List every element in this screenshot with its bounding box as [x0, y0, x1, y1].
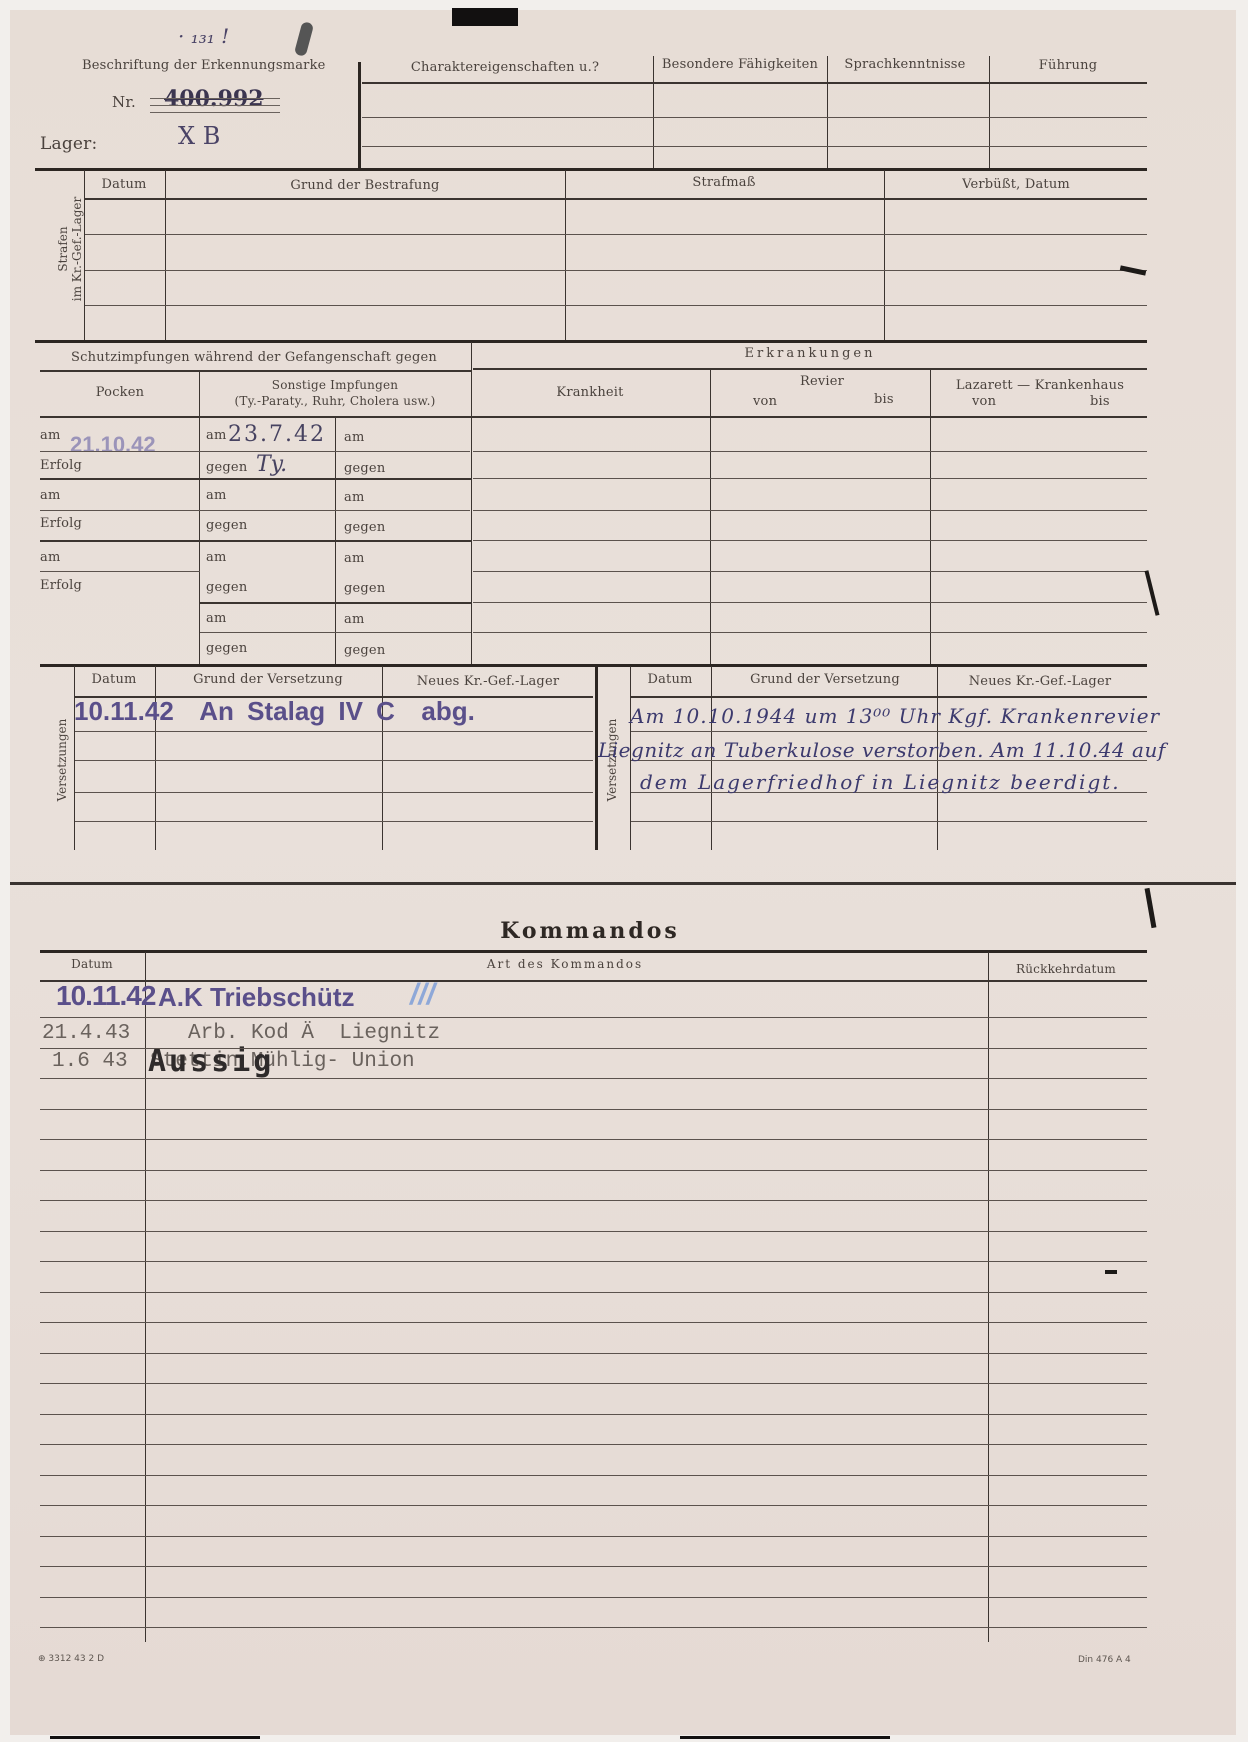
revier-von-label: von: [753, 394, 777, 409]
lazarett-bis-label: bis: [1090, 394, 1110, 409]
kommandos-row-line: [40, 1536, 1147, 1537]
kommandos-col-rueckkehr: Rückkehrdatum: [1016, 962, 1116, 976]
sonstige-am-2: am: [206, 488, 226, 503]
pocken-erfolg-1: Erfolg: [40, 458, 82, 473]
kommandos-row-line: [40, 1322, 1147, 1323]
kommandos-row-line: [40, 1231, 1147, 1232]
sonstige-am-1: am: [206, 428, 226, 443]
kommandos-row-line: [40, 1292, 1147, 1293]
sonstige-gegen-4: gegen: [206, 641, 247, 656]
kommandos-row-line: [40, 1353, 1147, 1354]
pocken-am-2: am: [40, 488, 60, 503]
lager-label: Lager:: [40, 134, 97, 154]
kommandos-row-line: [40, 1048, 1147, 1049]
sonstige-gegen-1: gegen: [206, 460, 247, 475]
col-fuehrung: Führung: [1039, 58, 1097, 73]
kommandos-col-datum: Datum: [71, 957, 113, 971]
lazarett-von-label: von: [972, 394, 996, 409]
versetzung-stamp: 10.11.42 An Stalag IV C abg.: [74, 696, 475, 727]
kommando-2-datum: 21.4.43: [42, 1022, 130, 1045]
kommando-2-art: Arb. Kod Ä Liegnitz: [188, 1022, 440, 1045]
impfungen-title: Schutzimpfungen während der Gefangenscha…: [71, 350, 437, 365]
kommando-1-mark: ///: [410, 978, 435, 1012]
sonstige-am2-3: am: [344, 551, 364, 566]
strafen-side-label: Strafen im Kr.-Gef.-Lager: [56, 189, 84, 309]
death-note-line-1: Am 10.10.1944 um 13⁰⁰ Uhr Kgf. Krankenre…: [630, 704, 1160, 728]
sonstige-gegen2-3: gegen: [344, 581, 385, 596]
kommandos-row-line: [40, 1017, 1147, 1018]
pocken-date-stamp: 21.10.42: [70, 432, 156, 458]
krankheit-label: Krankheit: [556, 385, 623, 400]
footer-print-code: ⊕ 3312 43 2 D: [38, 1654, 104, 1664]
kommandos-row-line: [40, 1597, 1147, 1598]
kommando-3-datum: 1.6 43: [52, 1050, 128, 1073]
sonstige-am-3: am: [206, 550, 226, 565]
document-page: [10, 10, 1236, 1735]
sonstige-gegen2-4: gegen: [344, 643, 385, 658]
kommandos-row-line: [40, 1383, 1147, 1384]
kommando-3-overstamp: Aussig: [148, 1044, 274, 1079]
revier-label: Revier: [800, 374, 844, 389]
vers-right-col-neues: Neues Kr.-Gef.-Lager: [969, 674, 1112, 689]
sonstige-gegen-2: gegen: [206, 518, 247, 533]
kommandos-row-line: [40, 1444, 1147, 1445]
sonstige-label-2: (Ty.-Paraty., Ruhr, Cholera usw.): [235, 394, 436, 408]
kommandos-row-line: [40, 1139, 1147, 1140]
versetzungen-left-side-label: Versetzungen: [55, 710, 69, 810]
pocken-am-1: am: [40, 428, 60, 443]
pocken-am-3: am: [40, 550, 60, 565]
sonstige-label-1: Sonstige Impfungen: [272, 378, 398, 392]
lager-value: X B: [178, 122, 220, 150]
sonstige-am-4: am: [206, 611, 226, 626]
nr-value: 400.992: [164, 86, 264, 112]
kommandos-row-line: [40, 1170, 1147, 1171]
nr-label: Nr.: [112, 93, 136, 111]
vers-left-col-grund: Grund der Versetzung: [193, 672, 343, 687]
col-sprachkenntnisse: Sprachkenntnisse: [844, 57, 965, 72]
kommandos-row-line: [40, 1414, 1147, 1415]
header-scribble: · ₁₃₁ !: [178, 24, 229, 48]
kommandos-row-line: [40, 1627, 1147, 1628]
kommandos-row-line: [40, 1505, 1147, 1506]
strafen-col-grund: Grund der Bestrafung: [290, 178, 439, 193]
top-edge-mark: [452, 8, 518, 26]
footer-din-format: Din 476 A 4: [1078, 1655, 1131, 1665]
sonstige-am2-4: am: [344, 612, 364, 627]
col-charakter: Charaktereigenschaften u.?: [411, 60, 599, 75]
kommandos-col-art: Art des Kommandos: [487, 957, 643, 971]
sonstige-gegen-value-1: Ty.: [256, 452, 287, 477]
lazarett-label: Lazarett — Krankenhaus: [956, 378, 1124, 393]
pocken-erfolg-2: Erfolg: [40, 516, 82, 531]
sonstige-am2-1: am: [344, 430, 364, 445]
kommandos-row-line: [40, 1078, 1147, 1079]
col-faehigkeiten: Besondere Fähigkeiten: [662, 57, 818, 72]
sonstige-am2-2: am: [344, 490, 364, 505]
tag-label: Beschriftung der Erkennungsmarke: [82, 58, 326, 73]
sonstige-gegen-3: gegen: [206, 580, 247, 595]
strafen-col-datum: Datum: [101, 177, 146, 192]
pocken-label: Pocken: [96, 385, 144, 400]
kommandos-title: Kommandos: [500, 918, 680, 944]
vers-left-col-neues: Neues Kr.-Gef.-Lager: [417, 674, 560, 689]
sonstige-gegen2-1: gegen: [344, 461, 385, 476]
kommandos-row-line: [40, 1200, 1147, 1201]
pocken-erfolg-3: Erfolg: [40, 578, 82, 593]
strafen-col-strafmass: Strafmaß: [692, 175, 755, 190]
vers-right-col-grund: Grund der Versetzung: [750, 672, 900, 687]
kommandos-row-line: [40, 1261, 1147, 1262]
vers-right-col-datum: Datum: [647, 672, 692, 687]
death-note-line-3: dem Lagerfriedhof in Liegnitz beerdigt.: [640, 770, 1121, 794]
edge-tear: [1105, 1270, 1117, 1274]
kommando-1-art: A.K Triebschütz: [158, 982, 354, 1013]
kommandos-row-line: [40, 1566, 1147, 1567]
revier-bis-label: bis: [874, 392, 894, 407]
sonstige-am-value-1: 23.7.42: [228, 422, 326, 447]
strafen-col-verbuesst: Verbüßt, Datum: [962, 177, 1070, 192]
death-note-line-2: Liegnitz an Tuberkulose verstorben. Am 1…: [598, 738, 1166, 762]
erkrankungen-title: Erkrankungen: [745, 346, 876, 361]
kommandos-row-line: [40, 1109, 1147, 1110]
vers-left-col-datum: Datum: [91, 672, 136, 687]
kommandos-row-line: [40, 1475, 1147, 1476]
kommando-1-datum: 10.11.42: [56, 980, 155, 1012]
sonstige-gegen2-2: gegen: [344, 520, 385, 535]
